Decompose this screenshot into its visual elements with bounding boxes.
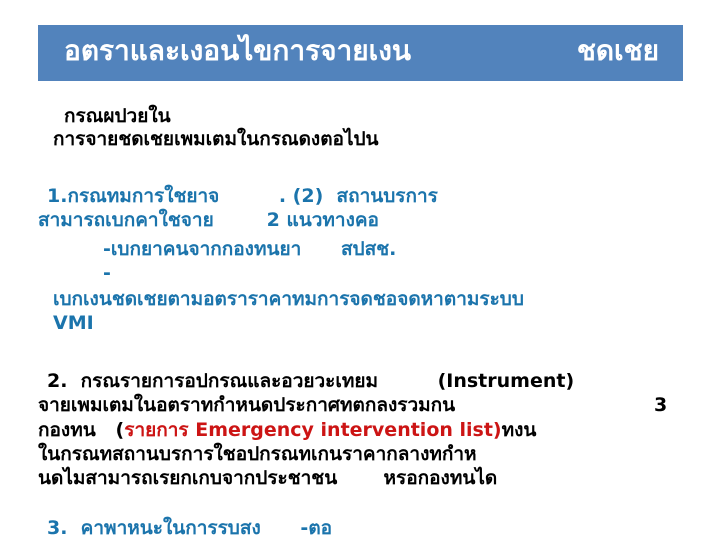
item1-line-3: -เบกยาคนจากกองทนยา สปสช. <box>103 237 396 261</box>
item1-line-1: 1.กรณทมการใชยาจ . (2) สถานบรการ <box>47 184 438 208</box>
item2-line-5: นดไมสามารถเรยกเกบจากประชาชน หรอกองทนได <box>38 466 497 490</box>
item3-line-1: 3. คาพาหนะในการรบสง -ตอ <box>47 516 332 540</box>
item2-line-3-highlight: รายการ Emergency intervention list) <box>124 419 501 441</box>
item1-line-5: เบกเงนชดเชยตามอตราราคาทมการจดชอจดหาตามระ… <box>53 287 524 311</box>
slide-canvas: อตราและเงอนไขการจายเงน ชดเชย กรณผปวยใน ก… <box>0 0 720 540</box>
item2-line-3: กองทน (รายการ Emergency intervention lis… <box>38 418 536 442</box>
item1-line-2: สามารถเบกคาใชจาย 2 แนวทางคอ <box>38 208 379 232</box>
intro-line-1: กรณผปวยใน <box>64 104 171 128</box>
title-text-right: ชดเชย <box>577 29 659 73</box>
item2-line-3-suffix: ทงน <box>502 419 537 441</box>
slide-title-bar: อตราและเงอนไขการจายเงน ชดเชย <box>38 25 683 81</box>
item1-line-6: VMI <box>53 311 94 335</box>
item2-line-1: 2. กรณรายการอปกรณและอวยวะเทยม (Instrumen… <box>47 369 574 393</box>
intro-line-2: การจายชดเชยเพมเตมในกรณดงตอไปน <box>53 127 379 151</box>
item1-line-4: - <box>103 261 111 285</box>
item2-line-2-number: 3 <box>654 393 667 417</box>
item2-line-4: ในกรณทสถานบรการใชอปกรณทเกนราคากลางทกำห <box>38 442 477 466</box>
item2-line-3-prefix: กองทน ( <box>38 419 124 441</box>
title-text-left: อตราและเงอนไขการจายเงน <box>64 29 411 73</box>
item2-line-2: จายเพมเตมในอตราทกำหนดประกาศทตกลงรวมกน <box>38 393 455 417</box>
